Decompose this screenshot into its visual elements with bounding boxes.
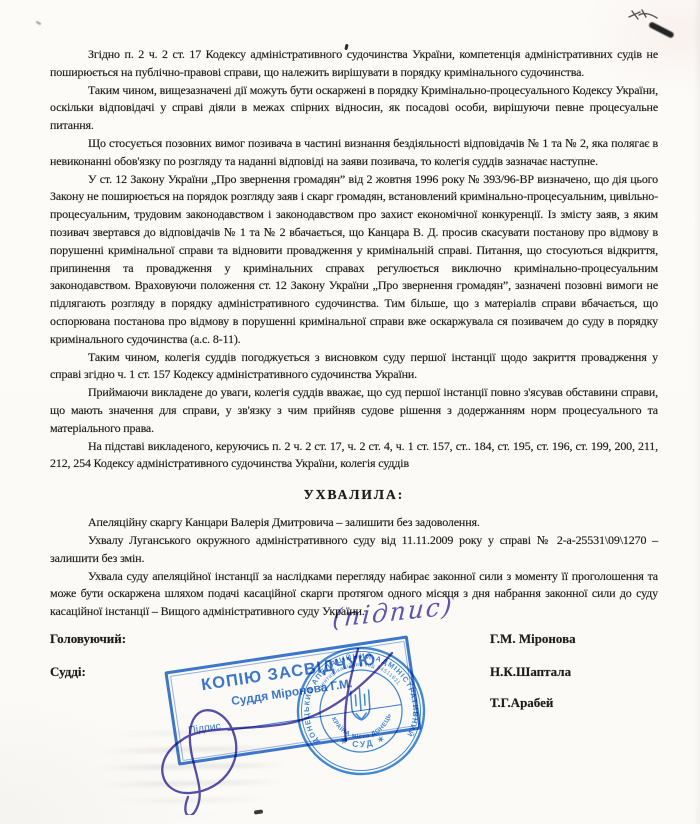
ink-dash-mark: [648, 21, 675, 38]
body-paragraph: Що стосується позовних вимог позивача в …: [50, 135, 658, 171]
resolution-paragraph: Ухвалу Луганського окружного адміністрат…: [50, 532, 658, 568]
judge-name: Т.Г.Арабей: [490, 695, 553, 711]
body-paragraph: Згідно п. 2 ч. 2 ст. 17 Кодексу адмініст…: [50, 46, 658, 82]
body-paragraph: На підставі викладеного, керуючись п. 2 …: [50, 438, 658, 474]
body-paragraph: Таким чином, вищезазначені дії можуть бу…: [50, 82, 658, 135]
body-paragraph: У ст. 12 Закону України „Про звернення г…: [50, 171, 658, 349]
scanned-court-ruling-page: Згідно п. 2 ч. 2 ст. 17 Кодексу адмініст…: [0, 0, 700, 824]
resolution-paragraph: Апеляційну скаргу Канцари Валерія Дмитро…: [50, 514, 658, 532]
body-paragraph: Приймаючи викладене до уваги, колегія су…: [50, 384, 658, 437]
body-paragraph: Таким чином, колегія суддів погоджується…: [50, 349, 658, 385]
presiding-judge-label: Головуючий:: [50, 631, 126, 647]
pen-signature: [130, 645, 430, 815]
judge-name: Н.К.Шаптала: [490, 664, 571, 680]
resolution-heading: УХВАЛИЛА:: [50, 487, 658, 503]
ink-speck: [36, 21, 41, 25]
judges-label: Судді:: [50, 664, 86, 680]
document-body: Згідно п. 2 ч. 2 ст. 17 Кодексу адмініст…: [50, 46, 658, 621]
presiding-judge-name: Г.М. Міронова: [490, 631, 576, 647]
